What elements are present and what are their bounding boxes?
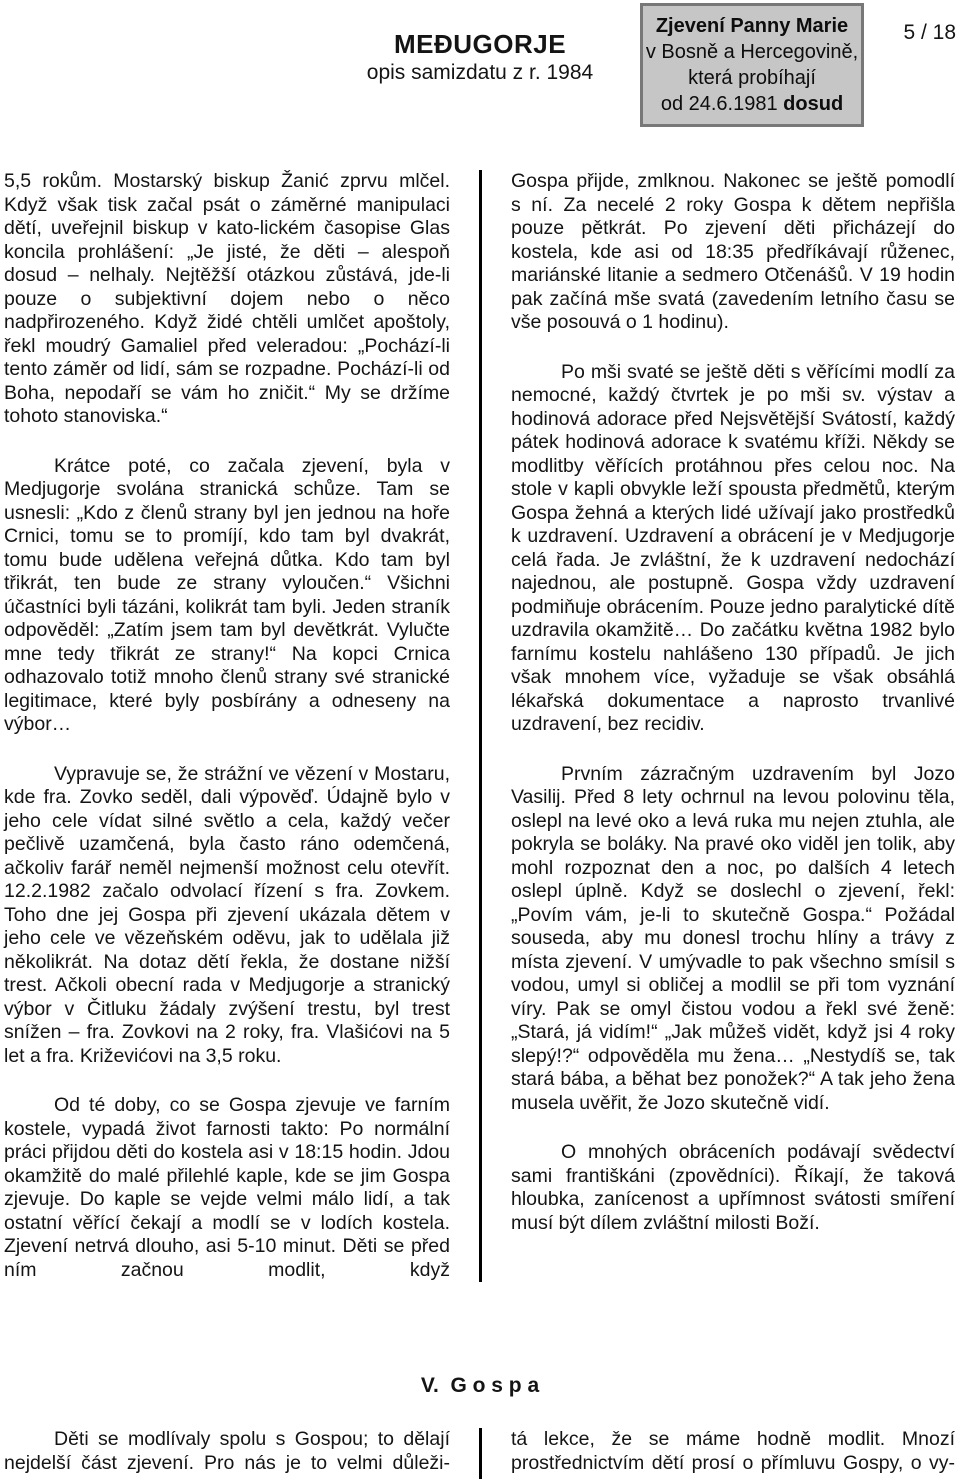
column-divider-line bbox=[479, 170, 482, 1282]
footer-right-paragraph: tá lekce, že se máme hodně modlit. Mnozí… bbox=[511, 1428, 955, 1479]
right-column: Gospa přijde, zmlknou. Nakonec se ještě … bbox=[511, 170, 955, 1282]
paragraph: Krátce poté, co začala zjevení, byla v M… bbox=[4, 455, 450, 737]
apparition-info-box: Zjevení Panny Marie v Bosně a Hercegovin… bbox=[640, 3, 864, 127]
paragraph: 5,5 rokům. Mostarský biskup Žanić zprvu … bbox=[4, 170, 450, 429]
left-column: 5,5 rokům. Mostarský biskup Žanić zprvu … bbox=[4, 170, 450, 1282]
document-page: { "page": { "background": "#ffffff", "te… bbox=[0, 0, 960, 1479]
paragraph: Po mši svaté se ještě děti s věřícími mo… bbox=[511, 361, 955, 737]
paragraph: Prvním zázračným uzdravením byl Jozo Vas… bbox=[511, 763, 955, 1116]
info-box-date-emphasis: dosud bbox=[783, 93, 843, 115]
footer-column-divider-line bbox=[479, 1428, 482, 1479]
footer-left-paragraph: Děti se modlívaly spolu s Gospou; to děl… bbox=[4, 1428, 450, 1479]
info-box-date: od 24.6.1981 bbox=[661, 93, 783, 115]
info-box-line: Zjevení Panny Marie bbox=[645, 13, 859, 39]
page-number: 5 / 18 bbox=[903, 21, 956, 45]
paragraph: O mnohých obráceních podávají svědectví … bbox=[511, 1141, 955, 1235]
info-box-line: v Bosně a Hercegovině, bbox=[645, 39, 859, 65]
info-box-line: která probíhají bbox=[645, 65, 859, 91]
paragraph: Od té doby, co se Gospa zjevuje ve farní… bbox=[4, 1094, 450, 1282]
paragraph: Vypravuje se, že strážní ve vězení v Mos… bbox=[4, 763, 450, 1069]
info-box-line: od 24.6.1981 dosud bbox=[645, 91, 859, 117]
paragraph: Gospa přijde, zmlknou. Nakonec se ještě … bbox=[511, 170, 955, 335]
two-column-body: 5,5 rokům. Mostarský biskup Žanić zprvu … bbox=[4, 170, 956, 1282]
section-heading: V. G o s p a bbox=[0, 1374, 960, 1398]
footer-columns: Děti se modlívaly spolu s Gospou; to děl… bbox=[4, 1428, 956, 1479]
